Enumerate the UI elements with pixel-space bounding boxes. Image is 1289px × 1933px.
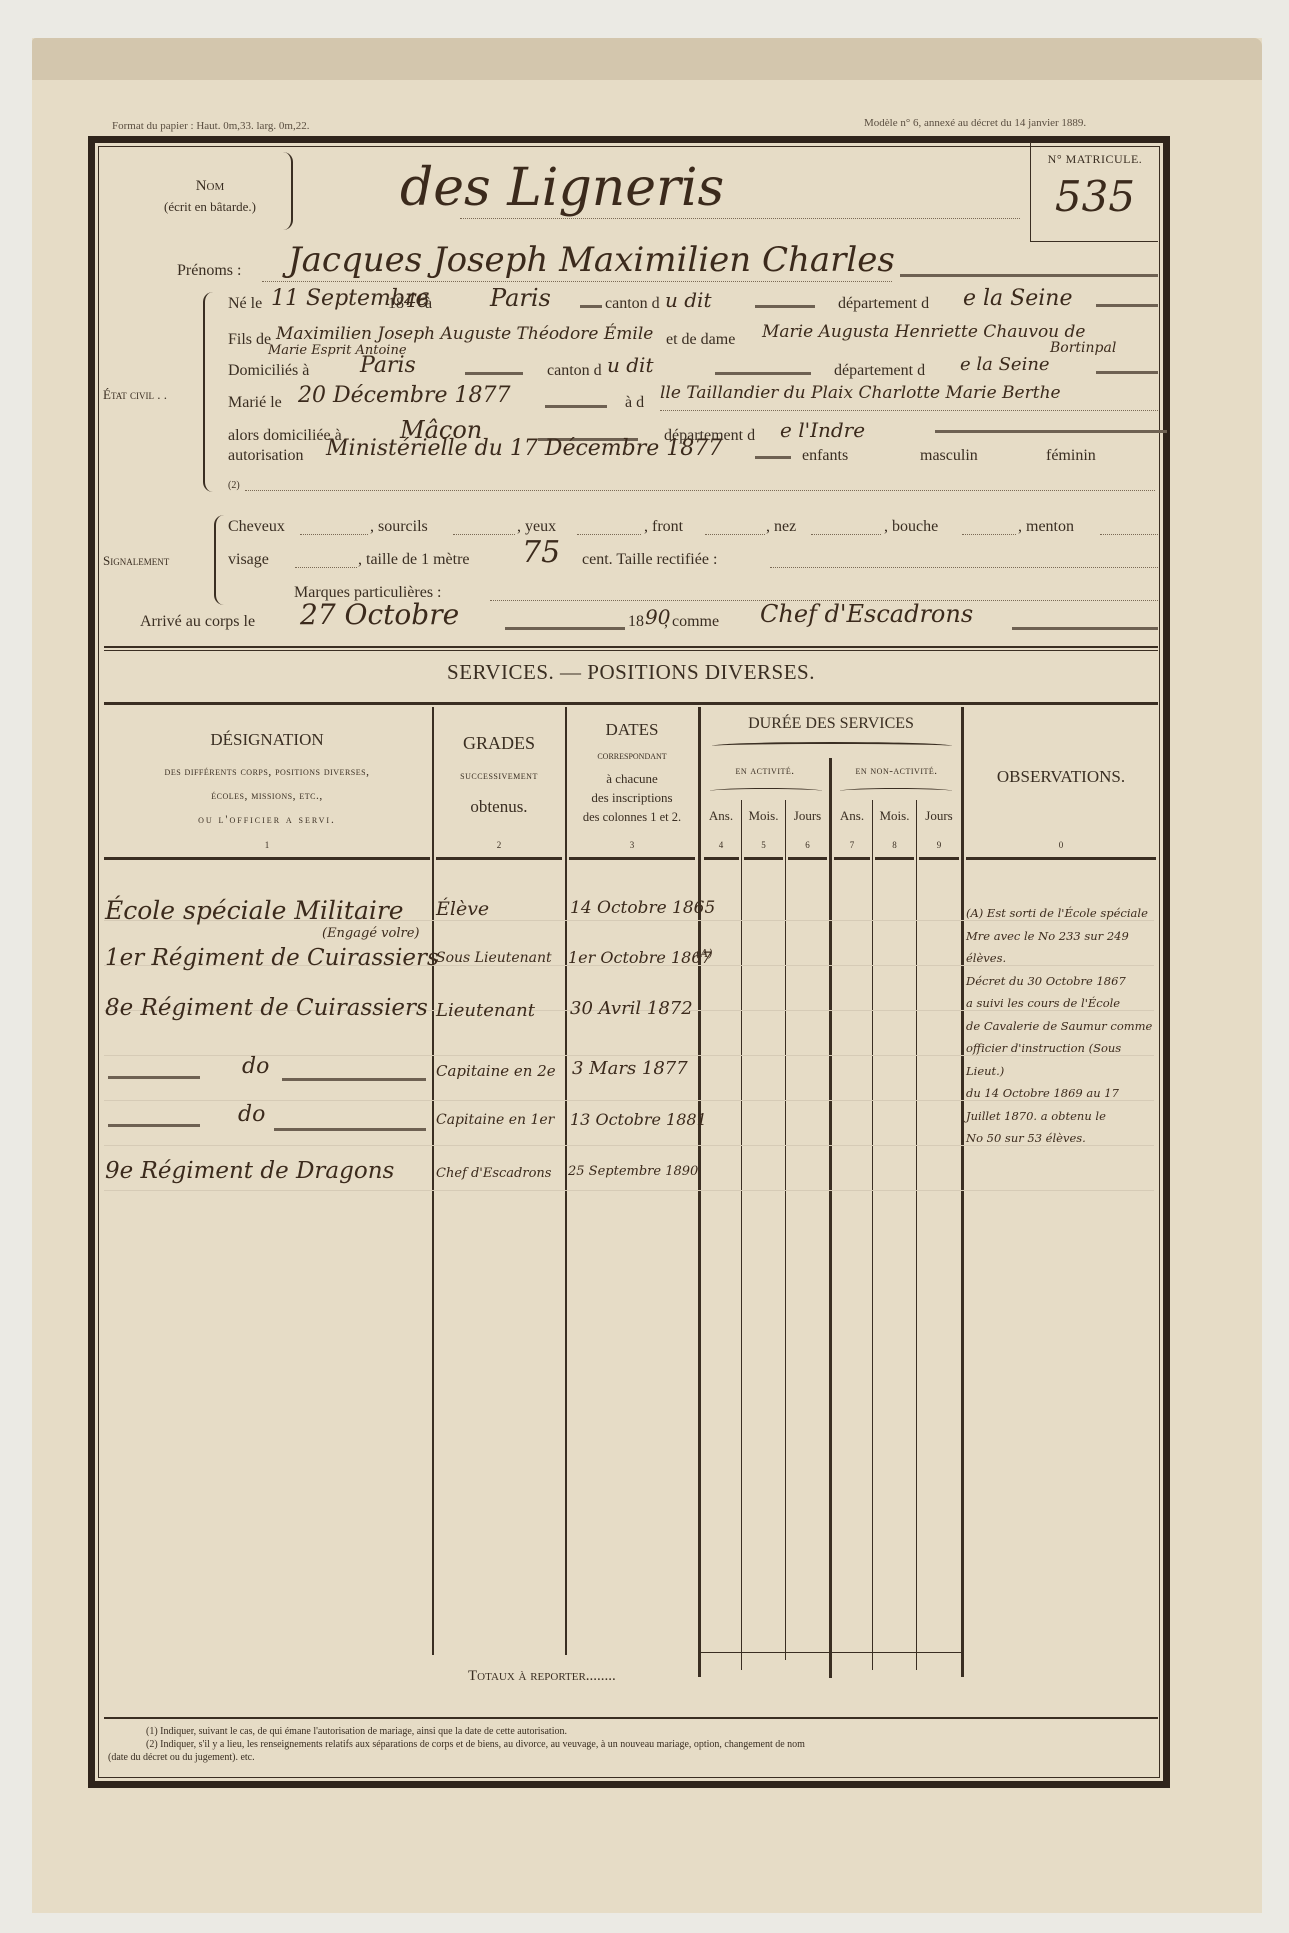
dom-canton-value: u dit [607,353,653,377]
dash [755,456,791,459]
nom-brace [283,152,293,230]
duree-title: DURÉE DES SERVICES [701,715,961,733]
menton-label: , menton [1018,518,1074,536]
format-note: Format du papier : Haut. 0m,33. larg. 0m… [112,120,309,132]
activite-brace [710,788,822,794]
nom-dotted-line [460,218,1020,219]
nom-sublabel: (écrit en bâtarde.) [120,199,300,215]
dates-sub4: des colonnes 1 et 2. [567,810,697,825]
observation-line: du 14 Octobre 1869 au 17 [966,1082,1160,1105]
row-grade: Lieutenant [436,1000,535,1021]
dash [545,405,607,408]
marie-value: 20 Décembre 1877 [298,383,510,408]
col-divider [785,800,786,1660]
row-date: 25 Septembre 1890 [568,1164,698,1179]
divider [104,650,1158,651]
divider [104,1717,1158,1719]
prenoms-dotted-line [262,281,892,282]
row-grade: Sous Lieutenant [436,950,552,966]
dom-departement-label: département d [834,362,925,380]
divider [704,857,739,860]
dash [935,430,1167,433]
ditto-dash [274,1128,426,1131]
sub-col-num: 6 [786,840,829,850]
pere-value: Maximilien Joseph Auguste Théodore Émile [276,324,653,344]
mere-label: et de dame [666,331,735,349]
matricule-value: 535 [1032,172,1158,221]
observation-line: de Cavalerie de Saumur comme [966,1015,1160,1038]
alors-dep-value: e l'Indre [780,418,865,442]
divider [744,857,783,860]
designation-title: DÉSIGNATION [104,730,430,750]
totaux-line [701,1652,961,1653]
row-grade: Capitaine en 1er [436,1112,554,1128]
observation-line: Juillet 1870. a obtenu le [966,1105,1160,1128]
signalement-label: Signalement [103,553,169,569]
observation-line: No 50 sur 53 élèves. [966,1127,1160,1150]
row-date: 13 Octobre 1881 [570,1110,707,1129]
epouse-label: à d [625,394,644,412]
matricule-label: N° MATRICULE. [1032,152,1158,167]
note2-label: (2) [228,480,240,491]
ruled-line [104,1190,1154,1191]
observations-text: (A) Est sorti de l'École spéciale Mre av… [966,902,1160,1150]
row-date: 30 Avril 1872 [570,998,693,1019]
fils-de-label: Fils de [228,331,271,349]
departement-value: e la Seine [963,286,1072,311]
footnote-1: (1) Indiquer, suivant le cas, de qui éma… [146,1726,567,1737]
divider [834,857,870,860]
etat-civil-label: État civil . . [103,387,167,403]
observation-line: officier d'instruction (Sous Lieut.) [966,1037,1160,1082]
autorisation-value: Ministérielle du 17 Décembre 1877 [326,436,722,461]
col-divider [698,707,701,1677]
designation-num: 1 [104,840,430,850]
canton-label: canton d [605,295,660,313]
front-label: , front [644,518,683,536]
sub-col-num: 8 [873,840,916,850]
footnote-2: (2) Indiquer, s'il y a lieu, les renseig… [146,1739,805,1750]
dates-sub3: des inscriptions [567,790,697,806]
row-ref: (A) [696,947,713,960]
mere-value: Marie Augusta Henriette Chauvou de [762,322,1085,342]
observations-num: 0 [964,840,1158,850]
nez-label: , nez [766,518,796,536]
divider [875,857,914,860]
feminin-label: féminin [1046,447,1096,465]
observation-line: a suivi les cours de l'École [966,992,1160,1015]
dotted [295,567,357,568]
ditto-dash [282,1078,426,1081]
visage-label: visage [228,551,269,569]
col-divider [872,800,873,1670]
yeux-label: , yeux [517,518,556,536]
dates-num: 3 [567,840,697,850]
dash [1012,627,1158,630]
canton-value: u dit [665,288,711,312]
sub-col-num: 9 [917,840,961,850]
mere-extra-value: Bortinpal [1050,340,1116,356]
dotted [300,534,368,535]
note2-dotted-line [245,490,1155,491]
divider [569,857,695,860]
sourcils-label: , sourcils [370,518,428,536]
col-divider [961,707,964,1677]
designation-sub2: écoles, missions, etc., [104,790,430,802]
observations-title: OBSERVATIONS. [964,767,1158,787]
row-designation: do [242,1054,269,1079]
paper-top-edge [32,38,1262,80]
dates-title: DATES [567,720,697,740]
row-grade: Chef d'Escadrons [436,1166,551,1181]
dates-sub1: correspondant [567,750,697,762]
row-grade: Élève [436,898,489,920]
divider [966,857,1156,860]
col-divider [829,758,832,1678]
dotted [770,567,1158,568]
observation-line: Mre avec le No 233 sur 249 [966,925,1160,948]
ne-a-label: à [425,295,432,313]
epouse-dotted-line [660,410,1158,411]
services-title: SERVICES. — POSITIONS DIVERSES. [104,660,1158,685]
designation-sub1: des différents corps, positions diverses… [104,766,430,778]
row-designation-note: (Engagé volre) [322,926,419,941]
row-designation: École spéciale Militaire [105,896,404,925]
divider [104,857,430,860]
dash [465,372,523,375]
row-date: 1er Octobre 1867 [568,948,712,967]
epouse-value: lle Taillandier du Plaix Charlotte Marie… [660,383,1061,403]
totaux-text: Totaux à reporter........ [468,1668,616,1684]
divider [436,857,562,860]
row-designation: do [238,1102,265,1127]
taille-suffix: cent. Taille rectifiée : [582,551,717,569]
arrivee-label: Arrivé au corps le [140,613,255,631]
signalement-brace [214,515,224,605]
dotted [453,534,515,535]
row-designation: 1er Régiment de Cuirassiers [105,945,439,971]
sub-col-label: Ans. [701,808,741,824]
dates-sub2: à chacune [567,771,697,787]
arrivee-date-value: 27 Octobre [300,598,459,631]
col-divider [741,800,742,1670]
sub-col-num: 7 [832,840,872,850]
activite-label: en activité. [701,765,829,777]
model-note: Modèle n° 6, annexé au décret du 14 janv… [864,117,1086,129]
dash [1096,304,1158,307]
comme-label: , comme [664,613,719,631]
row-designation: 9e Régiment de Dragons [105,1158,394,1184]
taille-label: , taille de 1 mètre [358,551,470,569]
row-date: 3 Mars 1877 [572,1058,688,1079]
sub-col-label: Mois. [742,808,785,824]
departement-label: département d [838,295,929,313]
grades-num: 2 [434,840,564,850]
dash [755,305,815,308]
observation-line: (A) Est sorti de l'École spéciale [966,902,1160,925]
arrivee-year-prefix: 18 [628,613,644,631]
sub-col-label: Jours [917,808,961,824]
dash [1096,371,1158,374]
sub-col-label: Ans. [832,808,872,824]
grades-title: GRADES [434,733,564,754]
etat-civil-brace [203,292,213,492]
domicilies-label: Domiciliés à [228,362,309,380]
dotted [962,534,1016,535]
autorisation-label: autorisation [228,447,304,465]
row-designation: 8e Régiment de Cuirassiers [105,995,428,1021]
row-date: 14 Octobre 1865 [570,898,715,918]
dash [580,305,602,308]
ne-le-label: Né le [228,295,262,313]
nom-label: Nom [150,178,270,195]
dom-canton-label: canton d [547,362,602,380]
observation-line: Décret du 30 Octobre 1867 [966,970,1160,993]
cheveux-label: Cheveux [228,518,285,536]
masculin-label: masculin [920,447,978,465]
ditto-dash [108,1076,200,1079]
totaux-label: Totaux à reporter........ [468,1668,616,1685]
taille-value: 75 [522,535,560,570]
domicilies-value: Paris [360,353,416,378]
ditto-dash [108,1124,200,1127]
marie-label: Marié le [228,394,282,412]
divider [788,857,827,860]
non-activite-brace [840,788,952,794]
row-grade: Capitaine en 2e [436,1062,556,1080]
duree-brace [712,742,952,750]
col-divider [916,800,917,1670]
comme-value: Chef d'Escadrons [760,600,973,628]
alors-label: alors domiciliée à [228,427,342,445]
ne-lieu-value: Paris [490,284,551,312]
sub-col-num: 5 [742,840,785,850]
dotted [811,534,881,535]
divider [104,646,1158,648]
prenoms-label: Prénoms : [177,262,241,280]
sub-col-label: Mois. [873,808,916,824]
dotted [1100,534,1158,535]
footnote-2-cont: (date du décret ou du jugement). etc. [108,1752,255,1763]
prenoms-dash [900,274,1158,277]
divider [104,702,1158,705]
sub-col-num: 4 [701,840,741,850]
dotted [577,534,641,535]
enfants-label: enfants [802,447,848,465]
ne-year-prefix: 18 [388,295,404,313]
prenoms-value: Jacques Joseph Maximilien Charles [288,240,895,280]
designation-sub3: ou l'officier a servi. [104,814,430,826]
dom-departement-value: e la Seine [960,354,1050,375]
grades-sub2: obtenus. [434,797,564,817]
divider [919,857,959,860]
dash [715,372,811,375]
dotted [705,534,765,535]
observation-line: élèves. [966,947,1160,970]
dash [505,627,625,630]
sub-col-label: Jours [786,808,829,824]
bouche-label: , bouche [884,518,938,536]
nom-value: des Ligneris [400,158,724,218]
non-activite-label: en non-activité. [832,765,961,777]
grades-sub1: successivement [434,770,564,782]
